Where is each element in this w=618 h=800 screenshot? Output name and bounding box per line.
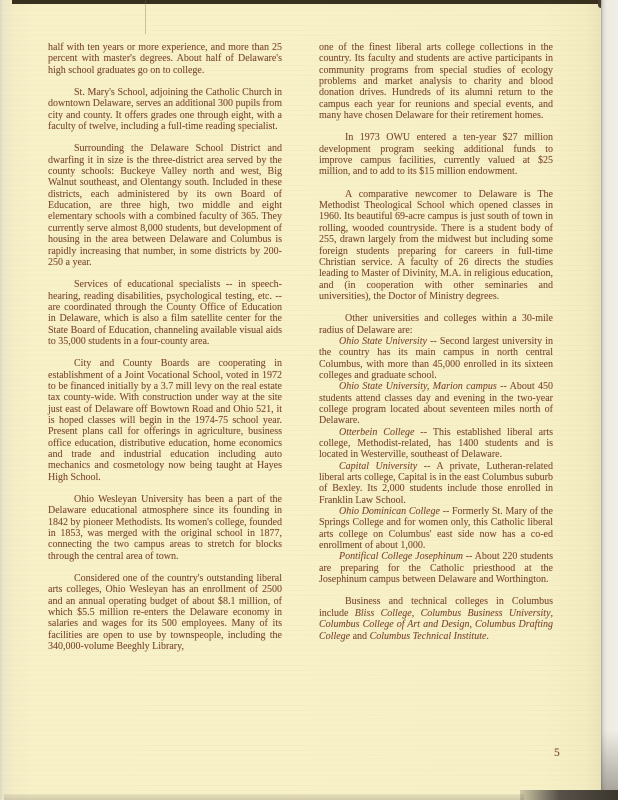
paragraph: half with ten years or more experience, …: [48, 42, 282, 76]
scan-bottom-right-shadow: [520, 790, 618, 800]
paper-crease: [145, 0, 146, 34]
text-run: In 1973 OWU entered a ten-year $27 milli…: [319, 132, 553, 177]
paragraph: In 1973 OWU entered a ten-year $27 milli…: [319, 132, 553, 177]
scanner-background-strip: [601, 0, 618, 800]
paragraph: Pontifical College Josephinum -- About 2…: [319, 551, 553, 585]
paragraph: City and County Boards are cooperating i…: [48, 358, 282, 483]
text-run: one of the finest liberal arts college c…: [319, 42, 553, 121]
italic-text-run: Columbus Business University: [421, 608, 551, 619]
text-run: Ohio Wesleyan University has been a part…: [48, 494, 282, 562]
paragraph: one of the finest liberal arts college c…: [319, 42, 553, 121]
paragraph: Surrounding the Delaware School District…: [48, 143, 282, 268]
text-run: St. Mary's School, adjoining the Catholi…: [48, 87, 282, 132]
italic-text-run: Ohio State University: [339, 336, 427, 347]
text-run: Considered one of the country's outstand…: [48, 573, 282, 652]
paragraph: Other universities and colleges within a…: [319, 313, 553, 336]
text-run: Surrounding the Delaware School District…: [48, 143, 282, 267]
text-run: and: [350, 631, 369, 642]
paragraph: Otterbein College -- This established li…: [319, 427, 553, 461]
italic-text-run: Bliss College: [355, 608, 412, 619]
paragraph: Considered one of the country's outstand…: [48, 573, 282, 652]
paragraph: A comparative newcomer to Delaware is Th…: [319, 189, 553, 302]
paragraph: Ohio Wesleyan University has been a part…: [48, 494, 282, 562]
paragraph: Ohio Dominican College -- Formerly St. M…: [319, 506, 553, 551]
paragraph: St. Mary's School, adjoining the Catholi…: [48, 87, 282, 132]
page-number: 5: [554, 747, 560, 759]
italic-text-run: Ohio Dominican College: [339, 506, 440, 517]
right-column: one of the finest liberal arts college c…: [319, 42, 553, 642]
paragraph: Business and technical colleges in Colum…: [319, 596, 553, 641]
italic-text-run: Columbus Technical Institute: [370, 631, 487, 642]
scan-top-edge: [12, 0, 600, 4]
paragraph: Ohio State University -- Second largest …: [319, 336, 553, 381]
text-run: Services of educational specialists -- i…: [48, 279, 282, 347]
paragraph: Capital University -- A private, Luthera…: [319, 461, 553, 506]
text-run: half with ten years or more experience, …: [48, 42, 282, 76]
paragraph: Ohio State University, Marion campus -- …: [319, 381, 553, 426]
italic-text-run: Ohio State University, Marion campus: [339, 381, 497, 392]
italic-text-run: Columbus College of Art and Design: [319, 619, 469, 630]
text-run: ,: [551, 608, 554, 619]
left-column: half with ten years or more experience, …: [48, 42, 282, 653]
text-run: City and County Boards are cooperating i…: [48, 358, 282, 482]
paragraph: Services of educational specialists -- i…: [48, 279, 282, 347]
italic-text-run: Otterbein College: [339, 427, 414, 438]
text-run: A comparative newcomer to Delaware is Th…: [319, 189, 553, 302]
text-run: .: [486, 631, 489, 642]
text-run: ,: [412, 608, 421, 619]
italic-text-run: Pontifical College Josephinum: [339, 551, 463, 562]
scan-bottom-edge: [4, 794, 524, 800]
text-run: Other universities and colleges within a…: [319, 313, 553, 335]
italic-text-run: Capital University: [339, 461, 417, 472]
